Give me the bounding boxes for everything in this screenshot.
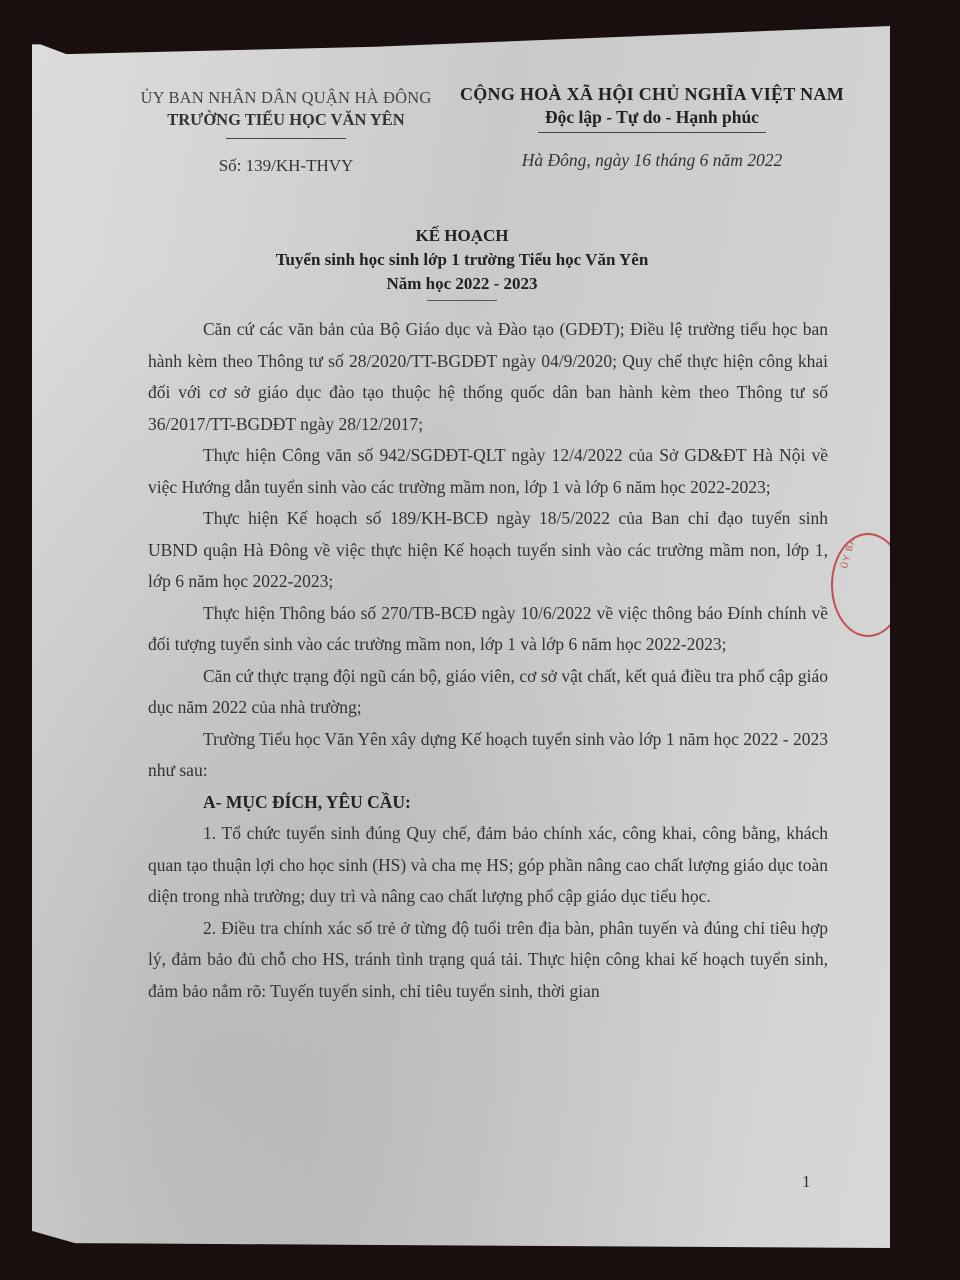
- divider: [226, 138, 346, 139]
- place-date: Hà Đông, ngày 16 tháng 6 năm 2022: [432, 150, 872, 171]
- document-page: ỦY BAN NHÂN DÂN QUẬN HÀ ĐÔNG TRƯỜNG TIỂU…: [32, 26, 890, 1248]
- divider: [427, 300, 497, 301]
- section-heading: A- MỤC ĐÍCH, YÊU CẦU:: [148, 787, 828, 819]
- national-motto: Độc lập - Tự do - Hạnh phúc: [432, 107, 872, 128]
- issuer-header: ỦY BAN NHÂN DÂN QUẬN HÀ ĐÔNG TRƯỜNG TIỂU…: [126, 88, 446, 176]
- paragraph: Thực hiện Công văn số 942/SGDĐT-QLT ngày…: [148, 440, 828, 503]
- document-subject: Tuyển sinh học sinh lớp 1 trường Tiểu họ…: [152, 250, 772, 270]
- divider: [538, 132, 766, 133]
- paragraph: Căn cứ thực trạng đội ngũ cán bộ, giáo v…: [148, 661, 828, 724]
- section-item: 2. Điều tra chính xác số trẻ ở từng độ t…: [148, 913, 828, 1008]
- school-year: Năm học 2022 - 2023: [152, 274, 772, 294]
- agency-name: ỦY BAN NHÂN DÂN QUẬN HÀ ĐÔNG: [126, 88, 446, 108]
- school-name: TRƯỜNG TIỂU HỌC VĂN YÊN: [126, 110, 446, 130]
- nation-name: CỘNG HOÀ XÃ HỘI CHỦ NGHĨA VIỆT NAM: [432, 84, 872, 105]
- document-number: Số: 139/KH-THVY: [126, 156, 446, 176]
- paragraph: Thực hiện Thông báo số 270/TB-BCĐ ngày 1…: [148, 598, 828, 661]
- national-header: CỘNG HOÀ XÃ HỘI CHỦ NGHĨA VIỆT NAM Độc l…: [432, 84, 872, 171]
- background-edge: [890, 0, 960, 1280]
- document-body: Căn cứ các văn bản của Bộ Giáo dục và Đà…: [148, 314, 828, 1007]
- document-title: KẾ HOẠCH Tuyển sinh học sinh lớp 1 trườn…: [152, 226, 772, 301]
- paragraph: Thực hiện Kế hoạch số 189/KH-BCĐ ngày 18…: [148, 503, 828, 598]
- page-number: 1: [802, 1172, 811, 1192]
- document-type: KẾ HOẠCH: [152, 226, 772, 246]
- paragraph: Căn cứ các văn bản của Bộ Giáo dục và Đà…: [148, 314, 828, 440]
- section-item: 1. Tổ chức tuyển sinh đúng Quy chế, đảm …: [148, 818, 828, 913]
- paragraph: Trường Tiểu học Văn Yên xây dựng Kế hoạc…: [148, 724, 828, 787]
